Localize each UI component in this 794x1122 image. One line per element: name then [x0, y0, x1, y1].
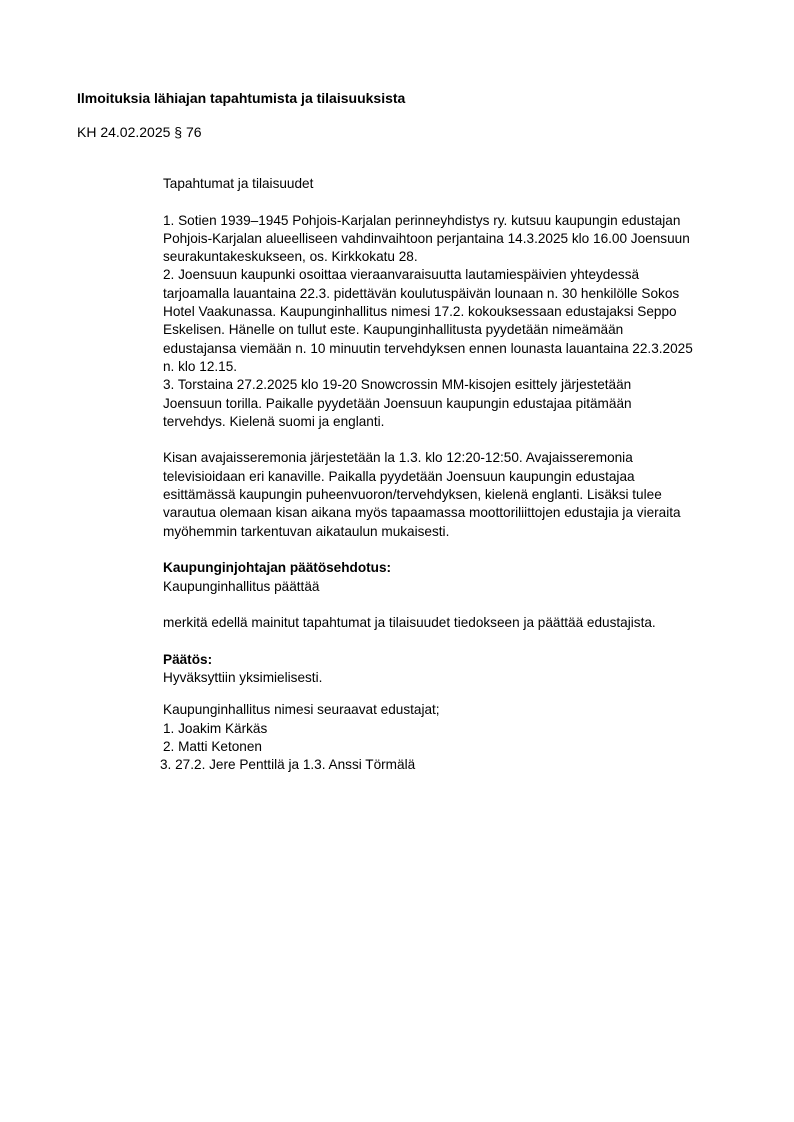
- spacer: [163, 596, 743, 614]
- spacer: [163, 632, 743, 650]
- line: esittämässä kaupungin puheenvuoron/terve…: [163, 486, 743, 504]
- representative-item: 2. Matti Ketonen: [163, 738, 743, 756]
- representatives-intro: Kaupunginhallitus nimesi seuraavat edust…: [163, 701, 743, 719]
- spacer: [163, 193, 743, 211]
- line: edustajansa viemään n. 10 minuutin terve…: [163, 340, 743, 358]
- spacer: [163, 431, 743, 449]
- proposal-section: Kaupunginjohtajan päätösehdotus: Kaupung…: [163, 559, 743, 632]
- line: n. klo 12.15.: [163, 358, 743, 376]
- line: Kisan avajaisseremonia järjestetään la 1…: [163, 449, 743, 467]
- line: Joensuun torilla. Paikalle pyydetään Joe…: [163, 395, 743, 413]
- document-title: Ilmoituksia lähiajan tapahtumista ja til…: [77, 90, 405, 106]
- line: televisioidaan eri kanaville. Paikalla p…: [163, 468, 743, 486]
- event-item-1: 1. Sotien 1939–1945 Pohjois-Karjalan per…: [163, 212, 743, 267]
- line: Eskelisen. Hänelle on tullut este. Kaupu…: [163, 321, 743, 339]
- line: 1. Sotien 1939–1945 Pohjois-Karjalan per…: [163, 212, 743, 230]
- document-body: Tapahtumat ja tilaisuudet 1. Sotien 1939…: [163, 175, 743, 775]
- meeting-reference: KH 24.02.2025 § 76: [77, 124, 202, 140]
- proposal-intro: Kaupunginhallitus päättää: [163, 578, 743, 596]
- event-item-2: 2. Joensuun kaupunki osoittaa vieraanvar…: [163, 266, 743, 376]
- line: varautua olemaan kisan aikana myös tapaa…: [163, 504, 743, 522]
- proposal-text: merkitä edellä mainitut tapahtumat ja ti…: [163, 614, 743, 632]
- section-title: Tapahtumat ja tilaisuudet: [163, 175, 743, 193]
- event-item-3: 3. Torstaina 27.2.2025 klo 19-20 Snowcro…: [163, 376, 743, 431]
- decision-section: Päätös: Hyväksyttiin yksimielisesti. Kau…: [163, 651, 743, 775]
- line: tarjoamalla lauantaina 22.3. pidettävän …: [163, 285, 743, 303]
- opening-ceremony-paragraph: Kisan avajaisseremonia järjestetään la 1…: [163, 449, 743, 540]
- representative-item: 1. Joakim Kärkäs: [163, 720, 743, 738]
- proposal-heading: Kaupunginjohtajan päätösehdotus:: [163, 559, 743, 577]
- line: 3. Torstaina 27.2.2025 klo 19-20 Snowcro…: [163, 376, 743, 394]
- line: myöhemmin tarkentuvan aikataulun mukaise…: [163, 523, 743, 541]
- representative-item: 3. 27.2. Jere Penttilä ja 1.3. Anssi Tör…: [160, 756, 743, 774]
- line: Hotel Vaakunassa. Kaupunginhallitus nime…: [163, 303, 743, 321]
- line: tervehdys. Kielenä suomi ja englanti.: [163, 413, 743, 431]
- spacer: [163, 687, 743, 701]
- line: 2. Joensuun kaupunki osoittaa vieraanvar…: [163, 266, 743, 284]
- decision-heading: Päätös:: [163, 651, 743, 669]
- decision-text: Hyväksyttiin yksimielisesti.: [163, 669, 743, 687]
- line: seurakuntakeskukseen, os. Kirkkokatu 28.: [163, 248, 743, 266]
- line: Pohjois-Karjalan alueelliseen vahdinvaih…: [163, 230, 743, 248]
- spacer: [163, 541, 743, 559]
